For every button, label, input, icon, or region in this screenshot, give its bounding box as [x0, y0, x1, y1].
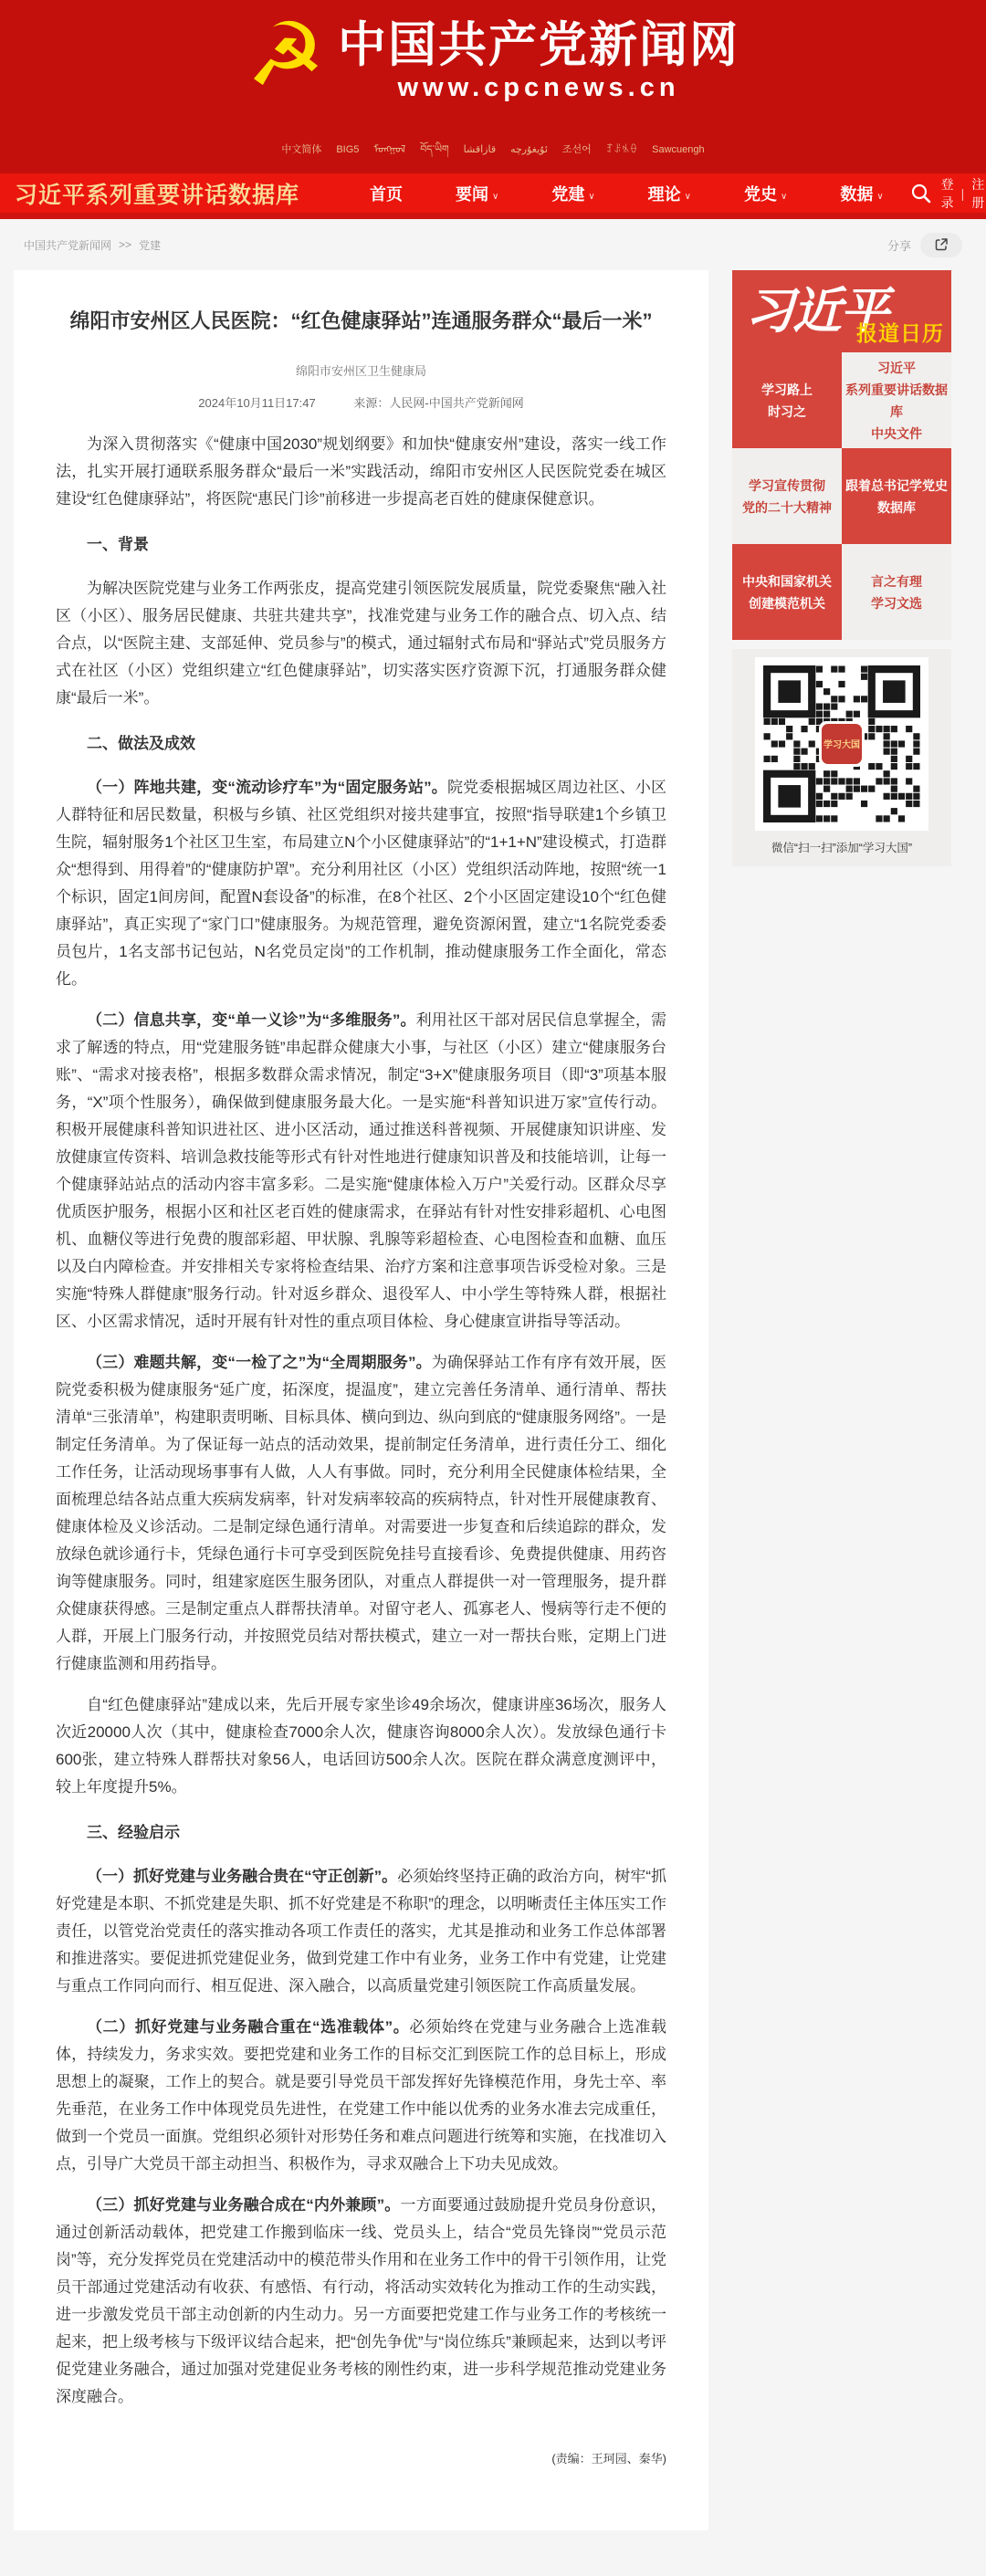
site-title: 中国共产党新闻网	[338, 20, 739, 71]
article-dateline: 2024年10月11日17:47 来源：人民网-中国共产党新闻网	[56, 393, 666, 411]
language-link[interactable]: 조선어	[562, 144, 592, 155]
svg-text:学习大国: 学习大国	[823, 738, 860, 750]
main-nav: 习近平系列重要讲话数据库 首页要闻∨党建∨理论∨党史∨数据∨ 登录 | 注册	[0, 173, 986, 219]
article-paragraph: （一）抓好党建与业务融合贵在“守正创新”。必须始终坚持正确的政治方向，树牢“抓好…	[56, 1863, 666, 2000]
breadcrumb-section-link[interactable]: 党建	[139, 237, 161, 253]
language-link[interactable]: ᠮᠣᠩᠭᠣᠯ	[373, 144, 405, 155]
language-link[interactable]: 中文简体	[281, 144, 321, 155]
article-date: 2024年10月11日17:47	[198, 396, 315, 410]
sidebar-grid-link[interactable]: 学习宣传贯彻党的二十大精神	[732, 448, 842, 544]
article-paragraph: 为深入贯彻落实《“健康中国2030”规划纲要》和加快“健康安州”建设，落实一线工…	[56, 431, 666, 513]
section-heading: 三、经验启示	[56, 1819, 666, 1847]
article-paragraph: 为解决医院党建与业务工作两张皮，提高党建引领医院发展质量，院党委聚焦“融入社区（…	[56, 575, 666, 712]
breadcrumb: 中国共产党新闻网 >> 党建 分享	[0, 219, 986, 270]
article-paragraph: 自“红色健康驿站”建成以来，先后开展专家坐诊49余场次，健康讲座36场次，服务人…	[56, 1691, 666, 1801]
login-register-divider: |	[961, 186, 965, 201]
language-bar: 中文简体BIG5ᠮᠣᠩᠭᠣᠯབོད་ཡིགئۇيغۇرچەقازاقشا조선어ꆈ…	[0, 138, 986, 166]
article-source-label: 来源：	[353, 396, 389, 410]
share-label: 分享	[887, 236, 911, 254]
article-paragraph: （一）阵地共建，变“流动诊疗车”为“固定服务站”。院党委根据城区周边社区、小区人…	[56, 774, 666, 993]
breadcrumb-site-link[interactable]: 中国共产党新闻网	[24, 237, 111, 253]
language-link[interactable]: ئۇيغۇرچە	[510, 144, 548, 155]
banner-subtitle: 报道日历	[856, 317, 944, 347]
language-link[interactable]: བོད་ཡིག	[420, 144, 448, 155]
nav-item-党建[interactable]: 党建∨	[551, 182, 594, 205]
article-paragraph: （三）抓好党建与业务融合成在“内外兼顾”。一方面要通过鼓励提升党员身份意识，通过…	[56, 2192, 666, 2411]
language-link[interactable]: BIG5	[336, 144, 359, 155]
article-source-link[interactable]: 人民网-中国共产党新闻网	[389, 396, 523, 410]
nav-item-党史[interactable]: 党史∨	[744, 182, 787, 205]
nav-item-首页[interactable]: 首页	[370, 182, 403, 205]
sidebar-grid-link[interactable]: 学习路上时习之	[732, 352, 842, 448]
qr-panel: 学习大国 微信“扫一扫”添加“学习大国”	[732, 649, 951, 866]
sidebar: 习近平 报道日历 学习路上时习之习近平系列重要讲话数据库中央文件学习宣传贯彻党的…	[732, 270, 951, 866]
article-paragraph: （二）抓好党建与业务融合重在“选准载体”。必须始终在党建与业务融合上选准载体，持…	[56, 2014, 666, 2178]
nav-item-理论[interactable]: 理论∨	[648, 182, 691, 205]
article-title: 绵阳市安州区人民医院：“红色健康驿站”连通服务群众“最后一米”	[56, 307, 666, 336]
nav-speech-database-link[interactable]: 习近平系列重要讲话数据库	[15, 177, 299, 210]
chevron-down-icon: ∨	[588, 192, 594, 202]
qr-caption: 微信“扫一扫”添加“学习大国”	[732, 839, 951, 855]
login-link[interactable]: 登录	[941, 175, 954, 212]
nav-menu: 首页要闻∨党建∨理论∨党史∨数据∨	[343, 182, 910, 205]
sidebar-grid-link[interactable]: 中央和国家机关创建模范机关	[732, 544, 842, 640]
chevron-down-icon: ∨	[685, 192, 691, 202]
chevron-down-icon: ∨	[492, 192, 498, 202]
language-link[interactable]: Sawcuengh	[652, 144, 705, 155]
article-byline: (责编：王珂园、秦华)	[56, 2449, 666, 2466]
sidebar-grid-link[interactable]: 跟着总书记学党史数据库	[842, 448, 951, 544]
chevron-down-icon: ∨	[781, 192, 787, 202]
sidebar-link-grid: 学习路上时习之习近平系列重要讲话数据库中央文件学习宣传贯彻党的二十大精神跟着总书…	[732, 352, 951, 640]
article-source-org: 绵阳市安州区卫生健康局	[56, 361, 666, 379]
site-url: www.cpcnews.cn	[338, 73, 739, 103]
language-link[interactable]: ꆈꌠꁱꂷ	[606, 144, 637, 155]
nav-item-数据[interactable]: 数据∨	[840, 182, 883, 205]
site-logo[interactable]: ☭ 中国共产党新闻网 www.cpcnews.cn	[0, 0, 986, 103]
sidebar-grid-link[interactable]: 言之有理学习文选	[842, 544, 951, 640]
search-icon[interactable]	[910, 183, 932, 204]
share-button[interactable]	[920, 233, 962, 257]
article-paragraph: （二）信息共享，变“单一义诊”为“多维服务”。利用社区干部对居民信息掌握全，需求…	[56, 1007, 666, 1335]
article-paragraph: （三）难题共解，变“一检了之”为“全周期服务”。为确保驿站工作有序有效开展，医院…	[56, 1349, 666, 1678]
party-emblem-icon: ☭	[246, 16, 325, 95]
section-heading: 一、背景	[56, 531, 666, 559]
register-link[interactable]: 注册	[971, 175, 984, 212]
section-heading: 二、做法及成效	[56, 730, 666, 758]
qr-code: 学习大国	[755, 657, 928, 831]
site-header: ☭ 中国共产党新闻网 www.cpcnews.cn 中文简体BIG5ᠮᠣᠩᠭᠣᠯ…	[0, 0, 986, 173]
share-icon	[934, 237, 949, 252]
language-link[interactable]: قازاقشا	[464, 144, 496, 155]
nav-item-要闻[interactable]: 要闻∨	[456, 182, 498, 205]
article-body: 为深入贯彻落实《“健康中国2030”规划纲要》和加快“健康安州”建设，落实一线工…	[56, 431, 666, 2411]
chevron-down-icon: ∨	[876, 192, 883, 202]
sidebar-grid-link[interactable]: 习近平系列重要讲话数据库中央文件	[842, 352, 951, 448]
breadcrumb-separator: >>	[119, 238, 131, 251]
article-card: 绵阳市安州区人民医院：“红色健康驿站”连通服务群众“最后一米” 绵阳市安州区卫生…	[14, 270, 708, 2530]
sidebar-banner-xi-report-calendar[interactable]: 习近平 报道日历	[732, 270, 951, 352]
